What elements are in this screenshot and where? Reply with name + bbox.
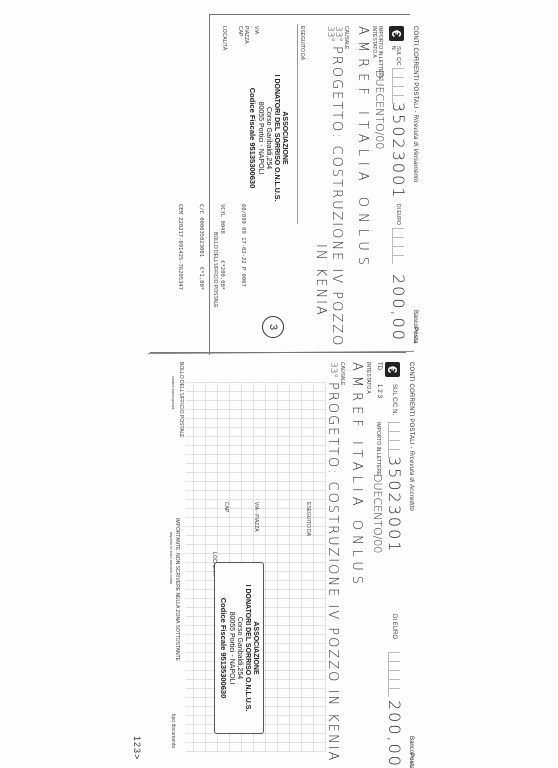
warning-subtext: importo in euro numero conto xyxy=(169,532,174,584)
euro-logo-icon: € xyxy=(389,26,404,41)
sender-stamp: ASSOCIAZIONE I DONATORI DEL SORRISO O.N.… xyxy=(214,562,264,734)
circled-number: 3 xyxy=(262,316,284,338)
page-marker: 123> xyxy=(132,736,142,760)
cap-label: CAP xyxy=(223,502,228,512)
causale-line-1: PROGETTO: COSTRUZIONE IV POZZO xyxy=(329,46,344,347)
receipt-print: 60/099 09 17-02-22 P 0007 VCYL 0048 €*20… xyxy=(162,204,260,290)
amount-words: DUECENTO/00 xyxy=(371,474,384,553)
payee-label: INTESTATO A xyxy=(365,362,370,394)
scanned-page: CONTI CORRENTI POSTALI - Ricevuta di Ver… xyxy=(0,0,558,768)
payment-slip-accredito: CONTI CORRENTI POSTALI - Ricevuta di Acc… xyxy=(152,352,414,762)
causale-prefix: 33° 33° xyxy=(326,26,342,40)
account-number: 35023001 xyxy=(389,102,408,199)
causale-text: PROGETTO: COSTRUZIONE IV POZZO IN KENIA xyxy=(325,382,340,762)
slip-header: CONTI CORRENTI POSTALI - Ricevuta di Ver… xyxy=(412,26,418,182)
locality-label: LOCALITÀ xyxy=(221,26,226,50)
bancoposta-brand: BancoPosta xyxy=(412,310,418,343)
account-boxes xyxy=(387,422,400,458)
amount-value: 200,00 xyxy=(385,700,404,768)
amount-words: DUECENTO/00 xyxy=(373,70,386,149)
amount-value: 200,00 xyxy=(389,274,408,342)
doc-type-label: tipo documento xyxy=(170,714,176,748)
divider xyxy=(297,24,298,224)
bancoposta-brand: BancoPosta xyxy=(408,736,414,768)
currency-label: di Euro xyxy=(395,204,400,225)
cap-label: CAP xyxy=(237,26,242,36)
amount-words-label: IMPORTO IN LETTERE xyxy=(375,422,380,475)
executed-by-label: ESEGUITO DA xyxy=(305,502,310,536)
causale-prefix: 33° xyxy=(328,362,338,378)
bollo-label: BOLLO DELL'UFFICIO POSTALE xyxy=(212,232,218,308)
payment-slip-versamento: CONTI CORRENTI POSTALI - Ricevuta di Ver… xyxy=(208,14,418,354)
executed-by-label: ESEGUITO DA xyxy=(299,26,304,60)
currency-label: di Euro xyxy=(391,614,396,639)
euro-logo-icon: € xyxy=(385,362,400,377)
causale-line-2: IN KENIA xyxy=(313,244,328,317)
account-label: sul C/C n. xyxy=(390,46,400,66)
amount-boxes xyxy=(387,652,400,697)
via-label: VIA - PIAZZA xyxy=(243,26,258,36)
via-label: VIA - PIAZZA xyxy=(253,502,258,532)
bollo-label: BOLLO DELL'UFFICIO POSTALE xyxy=(178,362,184,438)
slip-header: CONTI CORRENTI POSTALI - Ricevuta di Acc… xyxy=(408,362,414,511)
account-number: 35023001 xyxy=(385,456,404,553)
account-boxes xyxy=(391,68,404,104)
account-label: sul C/C n. xyxy=(391,384,396,415)
td-label: TD xyxy=(376,362,382,370)
payee-label: INTESTATO A xyxy=(371,26,376,58)
payee-name: AMREF ITALIA ONLUS xyxy=(349,362,364,589)
payee-name: AMREF ITALIA ONLUS xyxy=(355,26,370,271)
amount-boxes xyxy=(391,228,404,264)
td-value: 123 xyxy=(376,384,382,400)
bollo-sublabel: codice bancoposta xyxy=(171,376,176,409)
warning-text: IMPORTANTE: NON SCRIVERE NELLA ZONA SOTT… xyxy=(174,518,180,661)
